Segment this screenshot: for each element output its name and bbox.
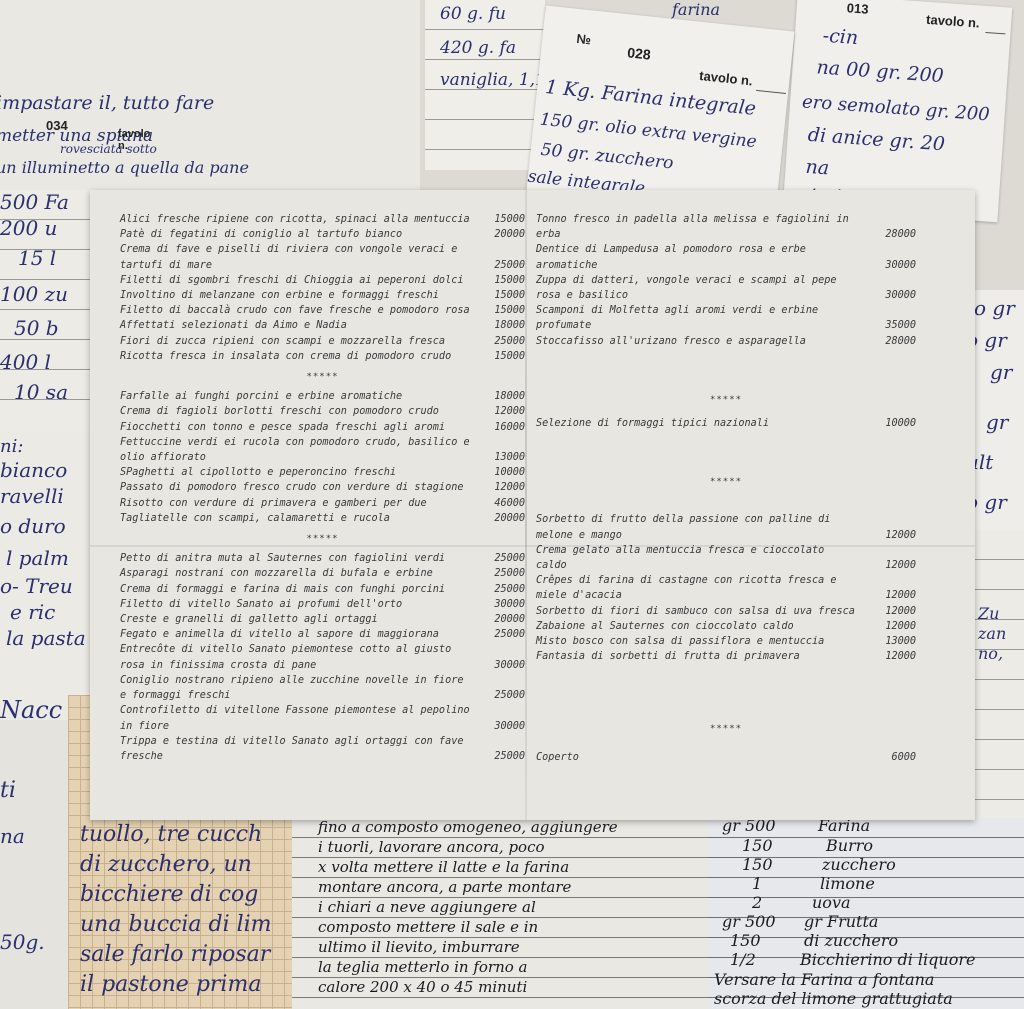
grid-line: il pastone prima (80, 972, 261, 997)
item-price: 28000 (885, 227, 916, 242)
menu-item: Sorbetto di frutto della passione con pa… (536, 512, 916, 542)
left-lower-line: ni: (0, 436, 23, 457)
ticket-number: 028 (627, 44, 652, 62)
item-name: Involtino di melanzane con erbine e form… (120, 290, 439, 301)
menu-item: Dentice di Lampedusa al pomodoro rosa e … (536, 242, 916, 272)
menu-item: Crêpes di farina di castagne con ricotta… (536, 573, 916, 603)
right-edge-lower-line: Zu (978, 604, 999, 623)
menu-item: Farfalle ai funghi porcini e erbine arom… (120, 389, 525, 404)
item-name: Asparagi nostrani con mozzarella di bufa… (120, 568, 433, 579)
item-name: Crema di formaggi e farina di mais con f… (120, 584, 445, 595)
item-price: 16000 (494, 420, 525, 435)
item-price: 25000 (494, 551, 525, 566)
item-price: 20000 (494, 511, 525, 526)
left-bottom-line: Nacc (0, 696, 62, 724)
menu-right-column: Tonno fresco in padella alla melissa e f… (536, 212, 916, 765)
menu-item: Trippa e testina di vitello Sanato agli … (120, 734, 525, 764)
item-name: Selezione di formaggi tipici nazionali (536, 418, 769, 429)
left-bottom-line: ti (0, 778, 16, 803)
item-name: Stoccafisso all'urizano fresco e asparag… (536, 336, 806, 347)
menu-left-column: Alici fresche ripiene con ricotta, spina… (120, 212, 525, 764)
item-name: Coniglio nostrano ripieno alle zucchine … (120, 675, 463, 701)
item-price: 6000 (891, 750, 916, 765)
left-lower-line: ravelli (0, 484, 64, 508)
ticket-line: di anice gr. 20 (807, 124, 945, 156)
menu-item: Crema di formaggi e farina di mais con f… (120, 582, 525, 597)
note-top-left-line: impastare il, tutto fare (0, 92, 214, 114)
menu-item: Filetti di sgombri freschi di Chioggia a… (120, 273, 525, 288)
note-left-bottom (0, 720, 70, 1009)
recipe-line: la teglia metterlo in forno a (318, 958, 528, 976)
top-center-extra: farina (672, 0, 720, 19)
menu-section-primi: Farfalle ai funghi porcini e erbine arom… (120, 389, 525, 526)
ingredient-name: gr Frutta (804, 912, 878, 931)
item-name: Fettuccine verdi ei rucola con pomodoro … (120, 437, 470, 463)
left-list-line: 50 b (14, 316, 59, 340)
item-name: Crêpes di farina di castagne con ricotta… (536, 575, 837, 601)
instruction-line: Versare la Farina a fontana (714, 970, 934, 989)
left-list-line: 400 l (0, 350, 51, 374)
item-price: 25000 (494, 627, 525, 642)
item-name: Fiocchetti con tonno e pesce spada fresc… (120, 422, 445, 433)
item-name: Crema gelato alla mentuccia fresca e cio… (536, 545, 824, 571)
note-top-left-line: un illuminetto a quella da pane (0, 158, 249, 177)
menu-item: Entrecôte di vitello Sanato piemontese c… (120, 642, 525, 672)
menu-item: Fettuccine verdi ei rucola con pomodoro … (120, 435, 525, 465)
item-price: 20000 (494, 227, 525, 242)
instruction-line: scorza del limone grattugiata (714, 989, 953, 1008)
item-price: 13000 (494, 450, 525, 465)
grid-line: di zucchero, un (80, 852, 252, 877)
left-list-line: 100 zu (0, 282, 68, 306)
item-price: 25000 (494, 334, 525, 349)
menu-item: Crema di fagioli borlotti freschi con po… (120, 404, 525, 419)
menu-item: Creste e granelli di galletto agli ortag… (120, 612, 525, 627)
ticket-line: na (805, 156, 830, 180)
left-list-line: 200 u (0, 216, 57, 240)
recipe-line: composto mettere il sale e in (318, 918, 538, 936)
ingredient-qty: gr 500 (722, 912, 776, 931)
recipe-line: ultimo il lievito, imburrare (318, 938, 520, 956)
grid-line: sale farlo riposar (80, 942, 270, 967)
item-name: Filetto di baccalà crudo con fave fresch… (120, 305, 470, 316)
ticket-number: 013 (846, 0, 869, 16)
item-price: 15000 (494, 212, 525, 227)
item-price: 12000 (885, 604, 916, 619)
section-separator: ***** (120, 364, 525, 389)
item-price: 15000 (494, 288, 525, 303)
menu-section-secondi: Petto di anitra muta al Sauternes con fa… (120, 551, 525, 764)
item-price: 18000 (494, 389, 525, 404)
left-lower-line: o duro (0, 514, 66, 538)
item-price: 30000 (885, 288, 916, 303)
item-price: 12000 (885, 588, 916, 603)
recipe-line: montare ancora, a parte montare (318, 878, 571, 896)
ticket-013: 013 tavolo n. -cin na 00 gr. 200 ero sem… (783, 0, 1012, 222)
left-bottom-line: 50g. (0, 930, 45, 954)
ticket-table-label: tavolo n. (926, 12, 980, 31)
menu-item: Asparagi nostrani con mozzarella di bufa… (120, 566, 525, 581)
item-name: Affettati selezionati da Aimo e Nadia (120, 320, 347, 331)
item-price: 15000 (494, 349, 525, 364)
item-name: Misto bosco con salsa di passiflora e me… (536, 636, 824, 647)
item-price: 15000 (494, 273, 525, 288)
item-name: Patè di fegatini di coniglio al tartufo … (120, 229, 402, 240)
menu-section-dolci: Sorbetto di frutto della passione con pa… (536, 512, 916, 664)
item-name: Fantasia di sorbetti di frutta di primav… (536, 651, 800, 662)
menu-item: Sorbetto di fiori di sambuco con salsa d… (536, 604, 916, 619)
item-price: 12000 (885, 528, 916, 543)
menu-item: Misto bosco con salsa di passiflora e me… (536, 634, 916, 649)
left-lower-line: e ric (10, 600, 55, 624)
item-price: 25000 (494, 688, 525, 703)
ingredient-qty: 150 (742, 836, 773, 855)
grid-line: tuollo, tre cucch (80, 822, 262, 847)
right-edge-lower-line: no, (978, 644, 1003, 663)
menu-item: Fantasia di sorbetti di frutta di primav… (536, 649, 916, 664)
recipe-line: fino a composto omogeneo, aggiungere (318, 818, 618, 836)
left-list-line: 500 Fa (0, 190, 69, 214)
item-name: Fegato e animella di vitello al sapore d… (120, 629, 439, 640)
recipe-line: x volta mettere il latte e la farina (318, 858, 569, 876)
menu-item: Fegato e animella di vitello al sapore d… (120, 627, 525, 642)
item-name: Alici fresche ripiene con ricotta, spina… (120, 214, 470, 225)
menu-item: SPaghetti al cipollotto e peperoncino fr… (120, 465, 525, 480)
item-name: Entrecôte di vitello Sanato piemontese c… (120, 644, 451, 670)
grid-line: una buccia di lim (80, 912, 272, 937)
ingredient-name: zucchero (822, 855, 896, 874)
ticket-line: ero semolato gr. 200 (801, 91, 990, 125)
ticket-line: na 00 gr. 200 (816, 56, 945, 87)
item-name: Creste e granelli di galletto agli ortag… (120, 614, 378, 625)
ingredient-qty: 1/2 (730, 950, 756, 969)
ingredient-name: limone (820, 874, 875, 893)
menu-item: Fiocchetti con tonno e pesce spada fresc… (120, 420, 525, 435)
item-name: Risotto con verdure di primavera e gambe… (120, 498, 427, 509)
item-name: Trippa e testina di vitello Sanato agli … (120, 736, 463, 762)
left-lower-line: bianco (0, 458, 67, 482)
ingredient-qty: 1 (752, 874, 762, 893)
item-name: Farfalle ai funghi porcini e erbine arom… (120, 391, 402, 402)
right-edge-line: gr (990, 360, 1012, 384)
item-name: Filetto di vitello Sanato ai profumi del… (120, 599, 402, 610)
ticket-table-line (985, 32, 1005, 34)
recipe-line: calore 200 x 40 o 45 minuti (318, 978, 527, 996)
menu-section-formaggi: Selezione di formaggi tipici nazionali10… (536, 416, 916, 431)
ticket-number: 034 (46, 118, 68, 133)
item-name: Dentice di Lampedusa al pomodoro rosa e … (536, 244, 806, 270)
item-name: Tagliatelle con scampi, calamaretti e ru… (120, 513, 390, 524)
menu-item: Tonno fresco in padella alla melissa e f… (536, 212, 916, 242)
item-price: 15000 (494, 303, 525, 318)
item-price: 10000 (494, 465, 525, 480)
menu-item: Involtino di melanzane con erbine e form… (120, 288, 525, 303)
right-edge-line: gr (986, 410, 1008, 434)
menu-item: Coperto6000 (536, 750, 916, 765)
menu-item: Stoccafisso all'urizano fresco e asparag… (536, 334, 916, 349)
menu-section-coperto: Coperto6000 (536, 750, 916, 765)
ticket-table-line (756, 90, 786, 94)
item-price: 30000 (494, 597, 525, 612)
menu-item: Alici fresche ripiene con ricotta, spina… (120, 212, 525, 227)
ingredient-name: di zucchero (804, 931, 898, 950)
left-list-line: 10 sa (14, 380, 68, 404)
item-name: Sorbetto di fiori di sambuco con salsa d… (536, 606, 855, 617)
item-price: 13000 (885, 634, 916, 649)
ingredient-name: Bicchierino di liquore (800, 950, 975, 969)
item-name: Scamponi di Molfetta agli aromi verdi e … (536, 305, 818, 331)
restaurant-menu-sheet: Alici fresche ripiene con ricotta, spina… (90, 190, 975, 820)
item-price: 12000 (494, 480, 525, 495)
item-name: Passato di pomodoro fresco crudo con ver… (120, 482, 463, 493)
item-name: Fiori di zucca ripieni con scampi e mozz… (120, 336, 445, 347)
item-price: 12000 (885, 649, 916, 664)
left-lower-line: o- Treu (0, 574, 73, 598)
note-right-edge-lower (975, 530, 1024, 820)
menu-item: Petto di anitra muta al Sauternes con fa… (120, 551, 525, 566)
menu-item: Zabaione al Sauternes con cioccolato cal… (536, 619, 916, 634)
item-price: 12000 (885, 619, 916, 634)
menu-item: Patè di fegatini di coniglio al tartufo … (120, 227, 525, 242)
menu-item: Affettati selezionati da Aimo e Nadia180… (120, 318, 525, 333)
ingredient-qty: 150 (730, 931, 761, 950)
left-bottom-line: na (0, 824, 25, 848)
section-separator: ***** (536, 469, 916, 494)
menu-item: Selezione di formaggi tipici nazionali10… (536, 416, 916, 431)
menu-item: Tagliatelle con scampi, calamaretti e ru… (120, 511, 525, 526)
item-price: 30000 (885, 258, 916, 273)
left-lower-line: l palm (6, 546, 69, 570)
item-name: Petto di anitra muta al Sauternes con fa… (120, 553, 445, 564)
section-separator: ***** (536, 716, 916, 741)
menu-item: Crema di fave e piselli di riviera con v… (120, 242, 525, 272)
item-price: 25000 (494, 582, 525, 597)
recipe-line: i tuorli, lavorare ancora, poco (318, 838, 545, 856)
item-price: 25000 (494, 258, 525, 273)
item-price: 20000 (494, 612, 525, 627)
item-price: 46000 (494, 496, 525, 511)
item-name: Zabaione al Sauternes con cioccolato cal… (536, 621, 794, 632)
ingredient-qty: 2 (752, 893, 762, 912)
top-center-line: 420 g. fa (440, 38, 516, 58)
item-price: 30000 (494, 658, 525, 673)
menu-item: Risotto con verdure di primavera e gambe… (120, 496, 525, 511)
section-separator: ***** (536, 387, 916, 412)
item-name: Sorbetto di frutto della passione con pa… (536, 514, 830, 540)
item-price: 28000 (885, 334, 916, 349)
menu-item: Zuppa di datteri, vongole veraci e scamp… (536, 273, 916, 303)
item-price: 12000 (885, 558, 916, 573)
top-center-line: 60 g. fu (440, 4, 506, 24)
item-name: Zuppa di datteri, vongole veraci e scamp… (536, 275, 837, 301)
item-price: 25000 (494, 749, 525, 764)
left-list-line: 15 l (18, 246, 56, 270)
item-name: Tonno fresco in padella alla melissa e f… (536, 214, 849, 240)
menu-item: Filetto di vitello Sanato ai profumi del… (120, 597, 525, 612)
right-edge-lower-line: zan (978, 624, 1006, 643)
item-name: Crema di fagioli borlotti freschi con po… (120, 406, 439, 417)
recipe-line: i chiari a neve aggiungere al (318, 898, 536, 916)
menu-section-pesce: Tonno fresco in padella alla melissa e f… (536, 212, 916, 349)
menu-item: Crema gelato alla mentuccia fresca e cio… (536, 543, 916, 573)
item-price: 12000 (494, 404, 525, 419)
menu-section-antipasti: Alici fresche ripiene con ricotta, spina… (120, 212, 525, 364)
item-price: 30000 (494, 719, 525, 734)
menu-item: Fiori di zucca ripieni con scampi e mozz… (120, 334, 525, 349)
item-name: Filetti di sgombri freschi di Chioggia a… (120, 275, 463, 286)
ticket-table-label: tavolo n. (699, 68, 754, 89)
section-separator: ***** (120, 526, 525, 551)
item-name: Controfiletto di vitellone Fassone piemo… (120, 705, 470, 731)
item-price: 18000 (494, 318, 525, 333)
item-name: Coperto (536, 752, 579, 763)
grid-line: bicchiere di cog (80, 882, 258, 907)
item-name: SPaghetti al cipollotto e peperoncino fr… (120, 467, 396, 478)
left-lower-line: la pasta (6, 626, 86, 650)
menu-item: Ricotta fresca in insalata con crema di … (120, 349, 525, 364)
item-price: 10000 (885, 416, 916, 431)
menu-item: Filetto di baccalà crudo con fave fresch… (120, 303, 525, 318)
item-name: Ricotta fresca in insalata con crema di … (120, 351, 451, 362)
item-name: Crema di fave e piselli di riviera con v… (120, 244, 457, 270)
ingredient-name: uova (812, 893, 851, 912)
menu-item: Coniglio nostrano ripieno alle zucchine … (120, 673, 525, 703)
menu-item: Controfiletto di vitellone Fassone piemo… (120, 703, 525, 733)
ingredient-qty: 150 (742, 855, 773, 874)
ticket-number-symbol: № (576, 31, 592, 47)
ticket-table-label: tavolo n. (118, 128, 150, 152)
menu-item: Scamponi di Molfetta agli aromi verdi e … (536, 303, 916, 333)
item-price: 35000 (885, 318, 916, 333)
menu-item: Passato di pomodoro fresco crudo con ver… (120, 480, 525, 495)
ticket-line: -cin (822, 25, 859, 49)
ticket-line: 50 gr. zucchero (540, 140, 675, 174)
item-price: 25000 (494, 566, 525, 581)
top-center-line: vaniglia, 1,1 (440, 70, 546, 90)
ingredient-name: Burro (826, 836, 873, 855)
